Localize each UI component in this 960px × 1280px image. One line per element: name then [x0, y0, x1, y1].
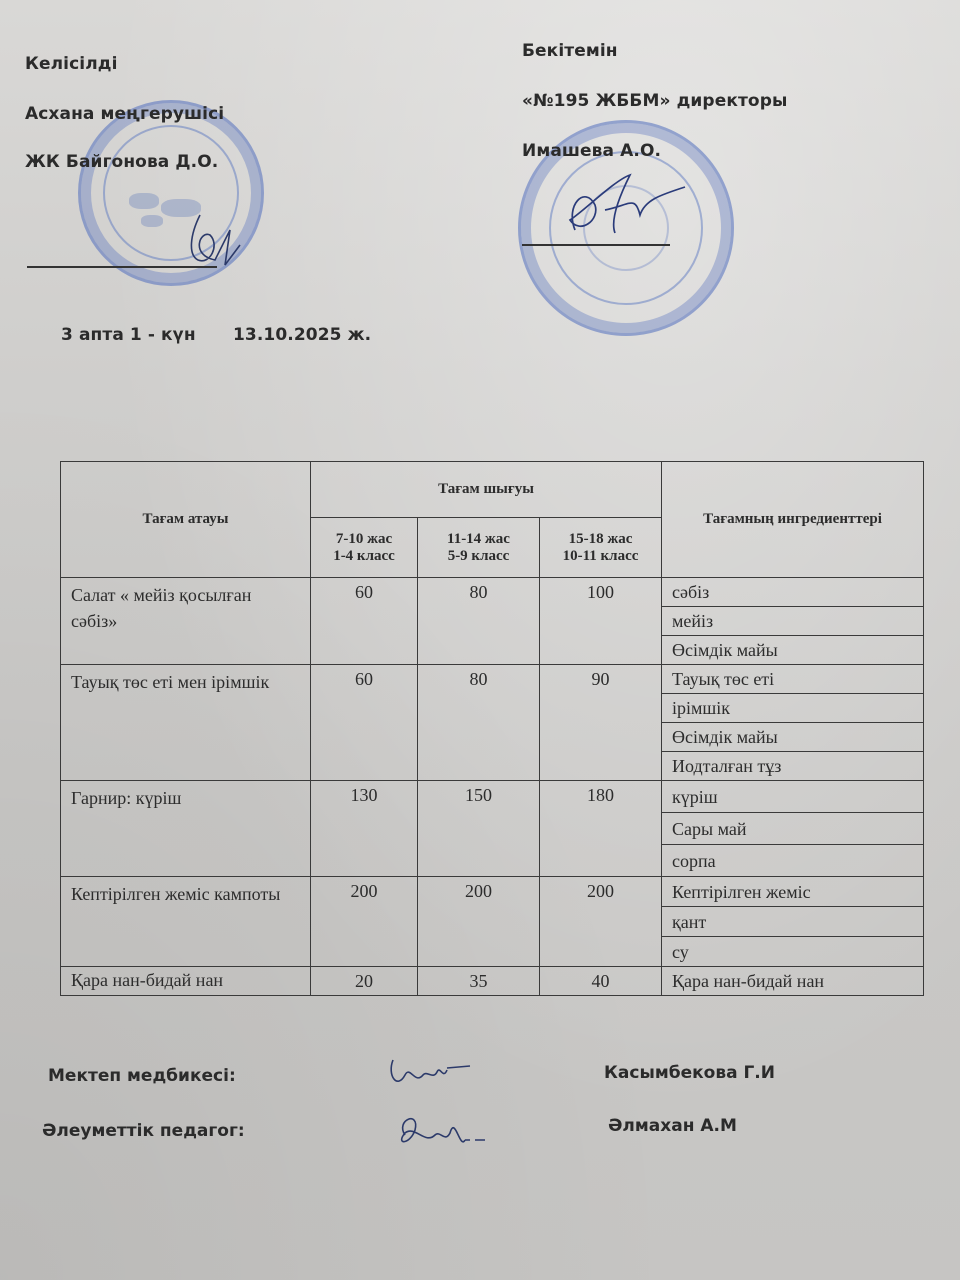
- social-pedagogue-label: Әлеуметтік педагог:: [42, 1121, 245, 1141]
- qty-group-3: 90: [540, 665, 662, 781]
- qty-group-1: 130: [311, 781, 418, 877]
- social-pedagogue-name: Әлмахан А.М: [608, 1116, 737, 1136]
- ingredient: сорпа: [662, 845, 924, 877]
- table-row: Тауық төс еті мен ірімшік 60 80 90 Тауық…: [61, 665, 924, 694]
- qty-group-3: 40: [540, 967, 662, 996]
- header-group-1: 7-10 жас1-4 класс: [311, 518, 418, 578]
- dish-name: Салат « мейіз қосылған сәбіз»: [61, 578, 311, 665]
- table-row: Қара нан-бидай нан 20 35 40 Қара нан-бид…: [61, 967, 924, 996]
- agreed-name: ЖК Байгонова Д.О.: [25, 152, 218, 172]
- ingredient: Өсімдік майы: [662, 636, 924, 665]
- ingredient: күріш: [662, 781, 924, 813]
- qty-group-2: 35: [418, 967, 540, 996]
- menu-date: 13.10.2025 ж.: [233, 325, 371, 345]
- ingredient: қант: [662, 907, 924, 937]
- week-day-label: 3 апта 1 - күн: [61, 325, 196, 345]
- ingredient: Қара нан-бидай нан: [662, 967, 924, 996]
- header-group-2: 11-14 жас5-9 класс: [418, 518, 540, 578]
- social-pedagogue-signature: [390, 1105, 490, 1155]
- ingredient: мейіз: [662, 607, 924, 636]
- dish-name: Кептірілген жеміс кампоты: [61, 877, 311, 967]
- qty-group-1: 60: [311, 665, 418, 781]
- table-row: Гарнир: күріш 130 150 180 күріш: [61, 781, 924, 813]
- qty-group-3: 200: [540, 877, 662, 967]
- nurse-signature: [385, 1050, 475, 1095]
- ingredient: Иодталған тұз: [662, 752, 924, 781]
- table-row: Кептірілген жеміс кампоты 200 200 200 Ке…: [61, 877, 924, 907]
- approved-position: «№195 ЖББМ» директоры: [522, 91, 787, 111]
- ingredient: Сары май: [662, 813, 924, 845]
- menu-table: Тағам атауы Тағам шығуы Тағамның ингреди…: [60, 461, 924, 996]
- agreed-position: Асхана меңгерушісі: [25, 104, 224, 124]
- qty-group-1: 200: [311, 877, 418, 967]
- ingredient: Өсімдік майы: [662, 723, 924, 752]
- dish-name: Гарнир: күріш: [61, 781, 311, 877]
- nurse-label: Мектеп медбикесі:: [48, 1066, 236, 1086]
- header-output: Тағам шығуы: [311, 462, 662, 518]
- approved-title: Бекітемін: [522, 41, 618, 61]
- ingredient: су: [662, 937, 924, 967]
- qty-group-1: 20: [311, 967, 418, 996]
- qty-group-2: 150: [418, 781, 540, 877]
- qty-group-2: 200: [418, 877, 540, 967]
- agreed-title: Келісілді: [25, 54, 118, 74]
- approved-name: Имашева А.О.: [522, 141, 661, 161]
- header-ingredients: Тағамның ингредиенттері: [662, 462, 924, 578]
- ingredient: сәбіз: [662, 578, 924, 607]
- qty-group-1: 60: [311, 578, 418, 665]
- dish-name: Қара нан-бидай нан: [61, 967, 311, 996]
- header-group-3: 15-18 жас10-11 класс: [540, 518, 662, 578]
- nurse-name: Касымбекова Г.И: [604, 1063, 775, 1083]
- ingredient: ірімшік: [662, 694, 924, 723]
- ingredient: Тауық төс еті: [662, 665, 924, 694]
- dish-name: Тауық төс еті мен ірімшік: [61, 665, 311, 781]
- right-signature: [535, 165, 695, 245]
- qty-group-2: 80: [418, 665, 540, 781]
- qty-group-3: 100: [540, 578, 662, 665]
- qty-group-3: 180: [540, 781, 662, 877]
- qty-group-2: 80: [418, 578, 540, 665]
- ingredient: Кептірілген жеміс: [662, 877, 924, 907]
- table-row: Салат « мейіз қосылған сәбіз» 60 80 100 …: [61, 578, 924, 607]
- left-signature: [180, 205, 250, 275]
- header-dish-name: Тағам атауы: [61, 462, 311, 578]
